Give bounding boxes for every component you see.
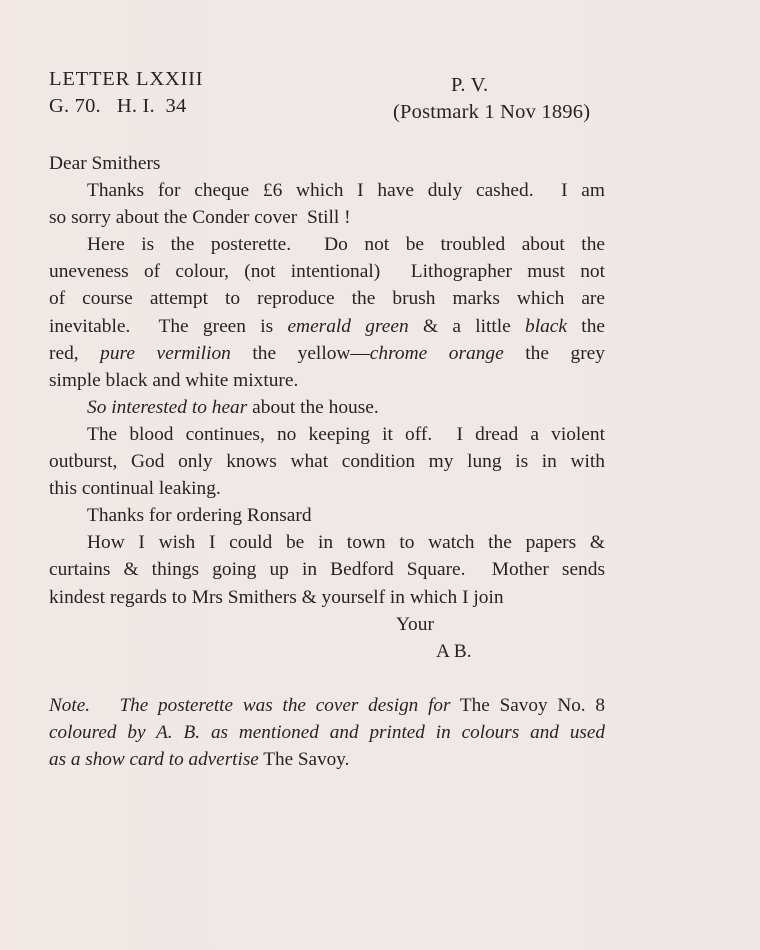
- text: the: [567, 316, 605, 337]
- letter-number: LETTER LXXIII: [49, 68, 203, 91]
- paragraph-line: curtains & things going up in Bedford Sq…: [49, 556, 605, 583]
- paragraph-line: so sorry about the Conder cover Still !: [49, 204, 605, 231]
- note-line: coloured by A. B. as mentioned and print…: [49, 719, 605, 746]
- paragraph-line: How I wish I could be in town to watch t…: [49, 529, 605, 556]
- text: The Savoy.: [259, 749, 350, 770]
- letter-place: P. V.: [451, 74, 488, 97]
- text: & a little: [409, 316, 525, 337]
- italic-text: pure vermilion: [100, 343, 231, 364]
- letter-reference: G. 70. H. I. 34: [49, 95, 186, 118]
- paragraph-line-colours: inevitable. The green is emerald green &…: [49, 313, 605, 340]
- text: about the house.: [247, 397, 378, 418]
- text: The Savoy No. 8: [450, 695, 605, 716]
- text: red,: [49, 343, 100, 364]
- italic-text: as a show card to advertise: [49, 749, 259, 770]
- paragraph-line: kindest regards to Mrs Smithers & yourse…: [49, 584, 605, 611]
- closing: Your: [49, 611, 605, 638]
- paragraph-line-colours: red, pure vermilion the yellow—chrome or…: [49, 340, 605, 367]
- editor-note: Note. The posterette was the cover desig…: [49, 692, 605, 774]
- paragraph-line: this continual leaking.: [49, 475, 605, 502]
- paragraph-line: of course attempt to reproduce the brush…: [49, 285, 605, 312]
- paragraph-line: Thanks for ordering Ronsard: [49, 502, 605, 529]
- paragraph-line: uneveness of colour, (not intentional) L…: [49, 258, 605, 285]
- letter-header: LETTER LXXIII G. 70. H. I. 34 P. V. (Pos…: [49, 64, 605, 134]
- italic-text: So interested to hear: [87, 397, 247, 418]
- italic-text: emerald green: [287, 316, 408, 337]
- italic-text: Note. The posterette was the cover desig…: [49, 695, 450, 716]
- paragraph-line: simple black and white mixture.: [49, 367, 605, 394]
- paragraph-line: Thanks for cheque £6 which I have duly c…: [49, 177, 605, 204]
- note-line: as a show card to advertise The Savoy.: [49, 746, 605, 773]
- text: the yellow—: [231, 343, 370, 364]
- text: inevitable. The green is: [49, 316, 287, 337]
- paragraph-line: outburst, God only knows what condition …: [49, 448, 605, 475]
- signature: A B.: [49, 638, 605, 665]
- paragraph-line: The blood continues, no keeping it off. …: [49, 421, 605, 448]
- note-line: Note. The posterette was the cover desig…: [49, 692, 605, 719]
- salutation: Dear Smithers: [49, 150, 605, 177]
- book-page: LETTER LXXIII G. 70. H. I. 34 P. V. (Pos…: [49, 64, 605, 134]
- italic-text: chrome orange: [370, 343, 504, 364]
- paragraph-line: So interested to hear about the house.: [49, 394, 605, 421]
- paragraph-line: Here is the posterette. Do not be troubl…: [49, 231, 605, 258]
- letter-postmark: (Postmark 1 Nov 1896): [393, 101, 590, 124]
- italic-text: black: [525, 316, 567, 337]
- letter-body: Dear Smithers Thanks for cheque £6 which…: [49, 150, 605, 665]
- text: the grey: [504, 343, 605, 364]
